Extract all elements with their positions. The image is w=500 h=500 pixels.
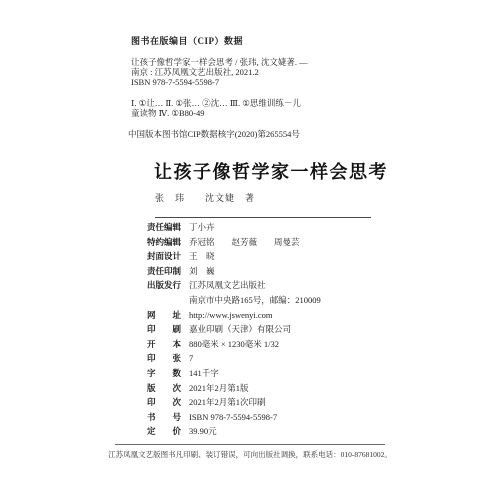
colophon-list: 责任编辑丁小卉特约编辑乔冠铭 赵芳薇 周曼芸封面设计王 晓责任印制刘 巍出版发行… — [147, 221, 407, 440]
colophon-label: 责任编辑 — [147, 221, 184, 233]
colophon-value: 乔冠铭 赵芳薇 周曼芸 — [189, 236, 300, 248]
book-authors: 张 玮 沈文婕 著 — [155, 191, 255, 204]
cip-registry: 中国版本图书馆CIP数据核字(2020)第265554号 — [128, 129, 381, 139]
colophon-label: 版 次 — [147, 382, 184, 394]
colophon-row: 印 次2021年2月第1次印刷 — [147, 396, 407, 411]
cip-block: 图书在版编目（CIP）数据 让孩子像哲学家一样会思考 / 张玮, 沈文婕著. —… — [131, 36, 381, 139]
colophon-label: 定 价 — [147, 425, 184, 437]
cip-record: 让孩子像哲学家一样会思考 / 张玮, 沈文婕著. —南京 : 江苏凤凰文艺出版社… — [131, 57, 381, 87]
cip-line: Ⅰ. ①让… Ⅱ. ①张… ②沈… Ⅲ. ①思维训练－儿 — [131, 98, 381, 108]
colophon-label: 印 次 — [147, 396, 184, 408]
colophon-value: 7 — [189, 353, 193, 363]
colophon-value: 南京市中央路165号，邮编：210009 — [189, 294, 321, 306]
book-title: 让孩子像哲学家一样会思考 — [154, 158, 388, 184]
colophon-row: 责任印制刘 巍 — [147, 265, 407, 280]
divider-top — [155, 217, 371, 218]
colophon-row: 责任编辑丁小卉 — [147, 221, 407, 236]
colophon-value: ISBN 978-7-5594-5598-7 — [189, 412, 277, 422]
colophon-value: 嘉业印刷（天津）有限公司 — [189, 323, 291, 335]
colophon-value: 880毫米 × 1230毫米 1/32 — [189, 338, 279, 350]
cip-classification: Ⅰ. ①让… Ⅱ. ①张… ②沈… Ⅲ. ①思维训练－儿童读物 Ⅳ. ①B80-… — [131, 98, 381, 118]
colophon-label: 封面设计 — [147, 250, 184, 262]
colophon-label: 开 本 — [147, 338, 184, 350]
colophon-row: 特约编辑乔冠铭 赵芳薇 周曼芸 — [147, 236, 407, 251]
colophon-row: 字 数141千字 — [147, 367, 407, 382]
divider-bottom — [115, 444, 385, 445]
colophon-row: 南京市中央路165号，邮编：210009 — [147, 294, 407, 309]
colophon-row: 印 刷嘉业印刷（天津）有限公司 — [147, 323, 407, 338]
colophon-value: 2021年2月第1次印刷 — [189, 396, 266, 408]
colophon-label: 印 张 — [147, 352, 184, 364]
colophon-row: 开 本880毫米 × 1230毫米 1/32 — [147, 338, 407, 353]
colophon-label: 责任印制 — [147, 265, 184, 277]
cip-line: 童读物 Ⅳ. ①B80-49 — [131, 108, 381, 118]
colophon-label: 网 址 — [147, 309, 184, 321]
colophon-row: 封面设计王 晓 — [147, 250, 407, 265]
colophon-label: 书 号 — [147, 411, 184, 423]
cip-header: 图书在版编目（CIP）数据 — [131, 36, 381, 46]
colophon-row: 书 号ISBN 978-7-5594-5598-7 — [147, 411, 407, 426]
colophon-value: 丁小卉 — [189, 221, 215, 233]
colophon-row: 版 次2021年2月第1版 — [147, 382, 407, 397]
colophon-value: 141千字 — [189, 367, 219, 379]
colophon-value: 2021年2月第1版 — [189, 382, 249, 394]
colophon-row: 出版发行江苏凤凰文艺出版社 — [147, 279, 407, 294]
colophon-label: 出版发行 — [147, 279, 184, 291]
colophon-label: 字 数 — [147, 367, 184, 379]
cip-line: 让孩子像哲学家一样会思考 / 张玮, 沈文婕著. — — [131, 57, 381, 67]
colophon-value: 39.90元 — [189, 425, 217, 437]
copyright-page: 图书在版编目（CIP）数据 让孩子像哲学家一样会思考 / 张玮, 沈文婕著. —… — [0, 0, 500, 500]
cip-line: 南京 : 江苏凤凰文艺出版社, 2021.2 — [131, 67, 381, 77]
colophon-value: http://www.jswenyi.com — [189, 310, 273, 320]
colophon-value: 江苏凤凰文艺出版社 — [189, 279, 266, 291]
colophon-label: 特约编辑 — [147, 236, 184, 248]
colophon-value: 刘 巍 — [189, 265, 215, 277]
colophon-label: 印 刷 — [147, 323, 184, 335]
colophon-row: 印 张7 — [147, 352, 407, 367]
footer-note: 江苏凤凰文艺版图书凡印刷、装订错误，可向出版社调换，联系电话：010-87681… — [90, 449, 410, 460]
colophon-value: 王 晓 — [189, 250, 215, 262]
cip-line: ISBN 978-7-5594-5598-7 — [131, 77, 381, 87]
colophon-row: 网 址http://www.jswenyi.com — [147, 309, 407, 324]
colophon-row: 定 价39.90元 — [147, 425, 407, 440]
